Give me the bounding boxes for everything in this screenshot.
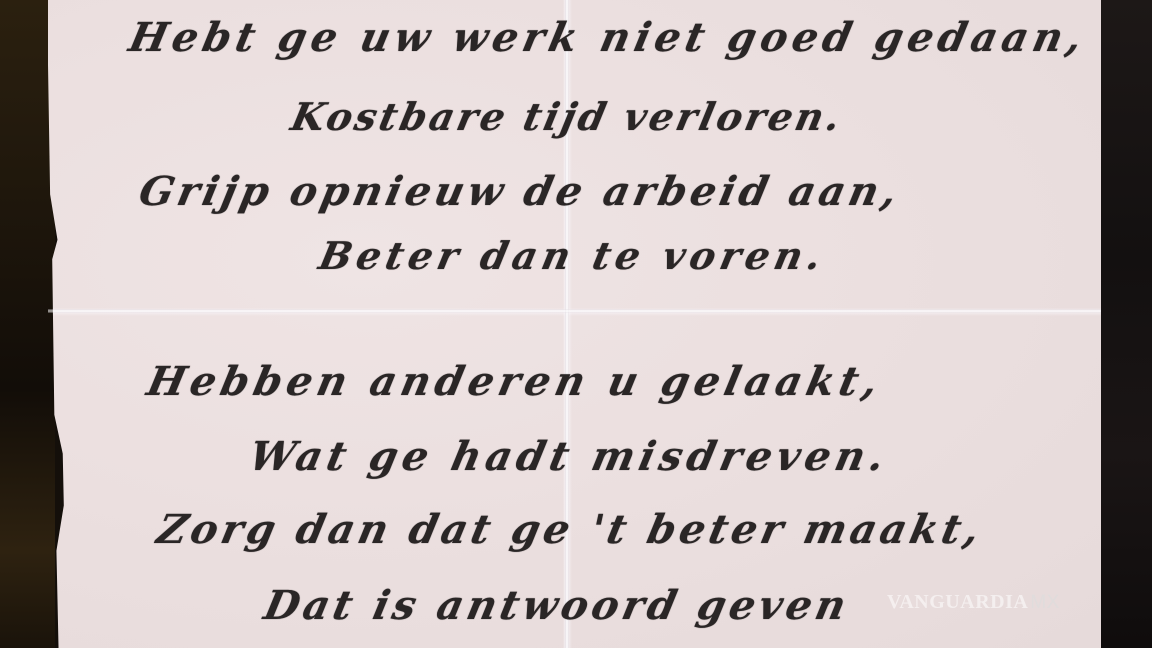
- watermark-brand: VANGUARDIA: [887, 591, 1028, 613]
- poem-line-5: Hebben anderen u gelaakt,: [143, 358, 887, 405]
- poem-line-3: Grijp opnieuw de arbeid aan,: [135, 168, 905, 215]
- poem-line-7: Zorg dan dat ge 't beter maakt,: [153, 506, 988, 553]
- handwritten-poem: Hebt ge uw werk niet goed gedaan, Kostba…: [0, 0, 1152, 648]
- poem-line-4: Beter dan te voren.: [315, 233, 830, 278]
- poem-line-2: Kostbare tijd verloren.: [287, 94, 847, 139]
- watermark-suffix: MX: [1030, 592, 1060, 613]
- poem-line-8: Dat is antwoord geven: [260, 582, 854, 629]
- photo-scene: Hebt ge uw werk niet goed gedaan, Kostba…: [0, 0, 1152, 648]
- poem-line-1: Hebt ge uw werk niet goed gedaan,: [125, 14, 1091, 61]
- poem-line-6: Wat ge hadt misdreven.: [245, 433, 894, 480]
- watermark-logo: VANGUARDIAMX: [887, 591, 1060, 614]
